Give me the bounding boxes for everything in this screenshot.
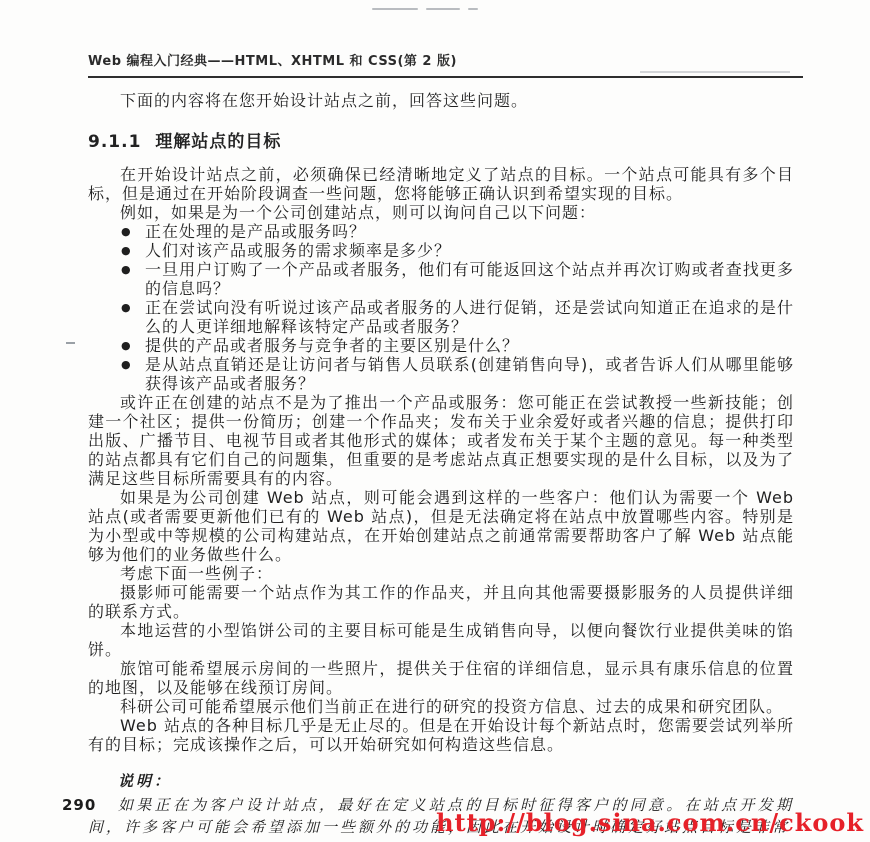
bullet-icon: ● [121, 222, 145, 241]
bullet-text: 一旦用户订购了一个产品或者服务，他们有可能返回这个站点并再次订购或者查找更多的信… [145, 260, 794, 298]
paragraph-pie-company: 本地运营的小型馅饼公司的主要目标可能是生成销售向导，以便向餐饮行业提供美味的馅饼… [88, 621, 794, 659]
body-text: 在开始设计站点之前，必须确保已经清晰地定义了站点的目标。一个站点可能具有多个目标… [88, 165, 794, 754]
paragraph-other-sites: 或许正在创建的站点不是为了推出一个产品或服务：您可能正在尝试教授一些新技能；创建… [88, 393, 794, 488]
intro-paragraph: 下面的内容将在您开始设计站点之前，回答这些问题。 [88, 91, 794, 110]
list-item: ● 一旦用户订购了一个产品或者服务，他们有可能返回这个站点并再次订购或者查找更多… [88, 260, 794, 298]
paragraph-examples-lead: 考虑下面一些例子： [88, 564, 794, 583]
list-item: ● 人们对该产品或服务的需求频率是多少？ [88, 241, 794, 260]
bullet-text: 正在尝试向没有听说过该产品或者服务的人进行促销，还是尝试向知道正在追求的是什么的… [145, 298, 794, 336]
list-item: ● 提供的产品或者服务与竞争者的主要区别是什么？ [88, 336, 794, 355]
note-label: 说明： [118, 770, 794, 792]
bullet-icon: ● [121, 336, 145, 355]
bullet-icon: ● [121, 241, 145, 260]
running-header: Web 编程入门经典——HTML、XHTML 和 CSS(第 2 版) [88, 0, 806, 69]
watermark-url: http://blog.sina.com.cn/ckook [436, 808, 864, 837]
bullet-icon: ● [121, 355, 145, 393]
bullet-text: 是从站点直销还是让访问者与销售人员联系(创建销售向导)，或者告诉人们从哪里能够获… [145, 355, 794, 393]
list-item: ● 正在尝试向没有听说过该产品或者服务的人进行促销，还是尝试向知道正在追求的是什… [88, 298, 794, 336]
paragraph-photographer: 摄影师可能需要一个站点作为其工作的作品夹，并且向其他需要摄影服务的人员提供详细的… [88, 583, 794, 621]
book-page: Web 编程入门经典——HTML、XHTML 和 CSS(第 2 版) 下面的内… [88, 0, 794, 838]
page-number: 290 [62, 796, 96, 814]
list-item: ● 是从站点直销还是让访问者与销售人员联系(创建销售向导)，或者告诉人们从哪里能… [88, 355, 794, 393]
scan-artifact-dash [66, 342, 75, 344]
bullet-icon: ● [121, 298, 145, 336]
paragraph-research: 科研公司可能希望展示他们当前正在进行的研究的投资方信息、过去的成果和研究团队。 [88, 697, 794, 716]
section-title: 理解站点的目标 [155, 132, 281, 152]
paragraph-hotel: 旅馆可能希望展示房间的一些照片，提供关于住宿的详细信息，显示具有康乐信息的位置的… [88, 659, 794, 697]
bullet-text: 人们对该产品或服务的需求频率是多少？ [145, 241, 794, 260]
section-number: 9.1.1 [88, 132, 141, 152]
paragraph-goals-endless: Web 站点的各种目标几乎是无止尽的。但是在开始设计每个新站点时，您需要尝试列举… [88, 716, 794, 754]
bullet-list: ● 正在处理的是产品或服务吗？ ● 人们对该产品或服务的需求频率是多少？ ● 一… [88, 222, 794, 393]
list-item: ● 正在处理的是产品或服务吗？ [88, 222, 794, 241]
paragraph-example-lead: 例如，如果是为一个公司创建站点，则可以询问自己以下问题： [88, 203, 794, 222]
paragraph-company-clients: 如果是为公司创建 Web 站点，则可能会遇到这样的一些客户：他们认为需要一个 W… [88, 488, 794, 564]
bullet-icon: ● [121, 260, 145, 298]
header-rule [88, 76, 803, 78]
paragraph-goals: 在开始设计站点之前，必须确保已经清晰地定义了站点的目标。一个站点可能具有多个目标… [88, 165, 794, 203]
section-heading: 9.1.1理解站点的目标 [88, 127, 794, 152]
bullet-text: 正在处理的是产品或服务吗？ [145, 222, 794, 241]
bullet-text: 提供的产品或者服务与竞争者的主要区别是什么？ [145, 336, 794, 355]
